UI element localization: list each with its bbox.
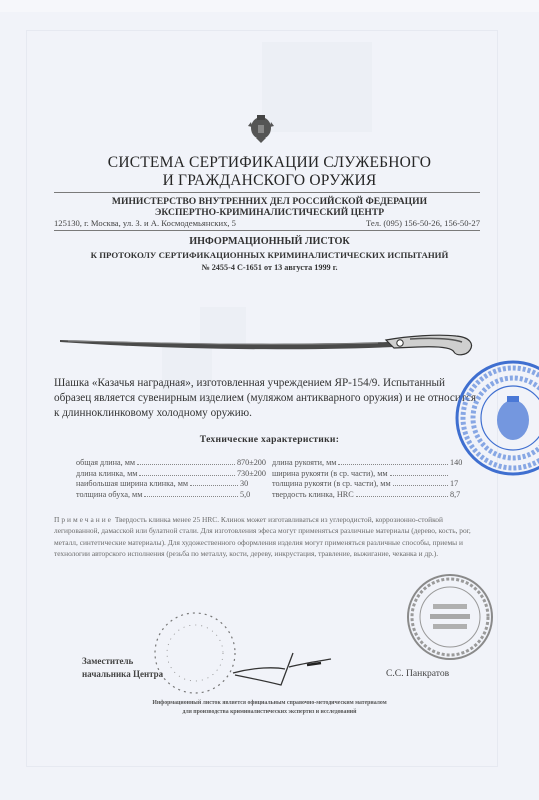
specs-left-column: общая длина, мм870±200 длина клинка, мм7… (76, 458, 266, 500)
spec-row: твердость клинка, HRC8,7 (272, 490, 476, 501)
spec-value: 8,7 (450, 490, 476, 501)
spec-row: ширина рукояти (в ср. части), мм (272, 469, 476, 480)
spec-label: толщина обуха, мм (76, 490, 142, 501)
note-paragraph: Примечание Твердость клинка менее 25 HRC… (54, 514, 490, 560)
spec-value: 5,0 (240, 490, 266, 501)
blue-round-seal-icon (453, 358, 539, 478)
footer-line1: Информационный листок является официальн… (0, 700, 539, 706)
role-line2: начальника Центра (82, 668, 163, 681)
role-line1: Заместитель (82, 655, 163, 668)
note-label: Примечание (54, 515, 113, 524)
spec-label: длина клинка, мм (76, 469, 137, 480)
info-sheet-title: ИНФОРМАЦИОННЫЙ ЛИСТОК (0, 236, 539, 247)
handwritten-signature (225, 645, 335, 687)
spec-row: длина клинка, мм730±200 (76, 469, 266, 480)
spec-row: наибольшая ширина клинка, мм30 (76, 479, 266, 490)
grey-round-seal-icon (405, 572, 495, 662)
divider (54, 230, 480, 231)
spec-label: толщина рукояти (в ср. части), мм (272, 479, 391, 490)
spec-label: твердость клинка, HRC (272, 490, 354, 501)
phone: Тел. (095) 156-50-26, 156-50-27 (366, 218, 480, 228)
specs-right-column: длина рукояти, мм140 ширина рукояти (в с… (272, 458, 476, 500)
description-text: Шашка «Казачья наградная», изготовленная… (54, 376, 484, 421)
spec-row: общая длина, мм870±200 (76, 458, 266, 469)
shashka-sword-icon (58, 326, 478, 360)
spec-value: 730±200 (237, 469, 266, 480)
spec-label: общая длина, мм (76, 458, 135, 469)
spec-row: длина рукояти, мм140 (272, 458, 476, 469)
signatory-role: Заместитель начальника Центра (82, 655, 163, 681)
spec-value: 30 (240, 479, 266, 490)
divider (54, 192, 480, 193)
system-title-line1: СИСТЕМА СЕРТИФИКАЦИИ СЛУЖЕБНОГО (0, 154, 539, 172)
spec-value: 870±200 (237, 458, 266, 469)
footer-line2: для производства криминалистических эксп… (0, 709, 539, 715)
note-text: Твердость клинка менее 25 HRC. Клинок мо… (54, 515, 471, 558)
address-row: 125130, г. Москва, ул. З. и А. Космодемь… (54, 218, 480, 228)
protocol-number: № 2455-4 С-1651 от 13 августа 1999 г. (0, 263, 539, 272)
russian-coat-of-arms-icon (248, 114, 274, 144)
spec-row: толщина обуха, мм5,0 (76, 490, 266, 501)
spec-row: толщина рукояти (в ср. части), мм17 (272, 479, 476, 490)
info-sheet-subtitle: К ПРОТОКОЛУ СЕРТИФИКАЦИОННЫХ КРИМИНАЛИСТ… (0, 250, 539, 260)
spec-label: длина рукояти, мм (272, 458, 336, 469)
system-title-line2: И ГРАЖДАНСКОГО ОРУЖИЯ (0, 172, 539, 190)
spec-label: ширина рукояти (в ср. части), мм (272, 469, 388, 480)
spec-label: наибольшая ширина клинка, мм (76, 479, 188, 490)
signatory-name: С.С. Панкратов (386, 668, 449, 679)
bleed-through-block (262, 42, 372, 132)
center-name: ЭКСПЕРТНО-КРИМИНАЛИСТИЧЕСКИЙ ЦЕНТР (0, 207, 539, 218)
address: 125130, г. Москва, ул. З. и А. Космодемь… (54, 218, 236, 228)
spec-value: 17 (450, 479, 476, 490)
ministry-name: МИНИСТЕРСТВО ВНУТРЕННИХ ДЕЛ РОССИЙСКОЙ Ф… (0, 196, 539, 207)
